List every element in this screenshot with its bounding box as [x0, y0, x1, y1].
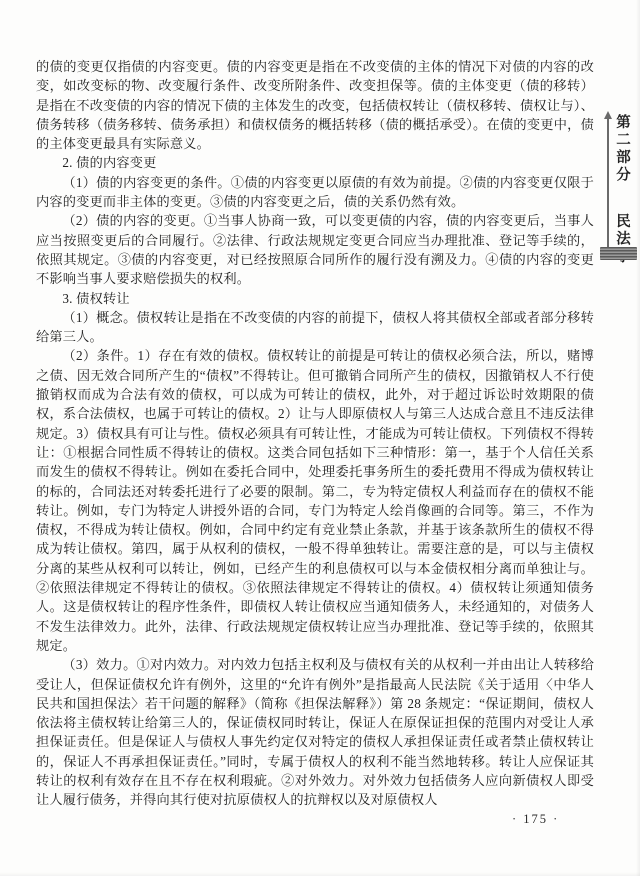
page-edge-shadow-bottom: [0, 872, 640, 876]
side-tab-part-label: 第二部分: [614, 114, 630, 184]
page-edge-shadow-right: [636, 0, 640, 876]
section-tab-marker: [600, 247, 637, 260]
paragraph: 2. 债的内容变更: [36, 153, 594, 172]
paragraph: 的债的变更仅指债的内容变更。债的内容变更是指在不改变债的主体的情况下对债的内容的…: [36, 57, 594, 153]
paragraph: （3）效力。①对内效力。对内效力包括主权利及与债权有关的从权利一并由出让人转移给…: [36, 655, 594, 809]
book-page: 的债的变更仅指债的内容变更。债的内容变更是指在不改变债的主体的情况下对债的内容的…: [0, 0, 640, 876]
page-number: · 175 ·: [512, 812, 559, 827]
side-tab: 第二部分 民法学: [612, 114, 633, 254]
paragraph: （1）债的内容变更的条件。①债的内容变更以原债的有效为前提。②债的内容变更仅限于…: [36, 173, 594, 212]
body-text: 的债的变更仅指债的内容变更。债的内容变更是指在不改变债的主体的情况下对债的内容的…: [36, 57, 594, 810]
tab-rule-line: [607, 118, 609, 250]
paragraph: （2）债的内容的变更。①当事人协商一致，可以变更债的内容，债的内容变更后，当事人…: [36, 211, 594, 288]
paragraph: 3. 债权转让: [36, 289, 594, 308]
paragraph: （1）概念。债权转让是指在不改变债的内容的前提下，债权人将其债权全部或者部分移转…: [36, 308, 594, 347]
paragraph: （2）条件。1）存在有效的债权。债权转让的前提是可转让的债权必须合法，所以，赌博…: [36, 346, 594, 655]
